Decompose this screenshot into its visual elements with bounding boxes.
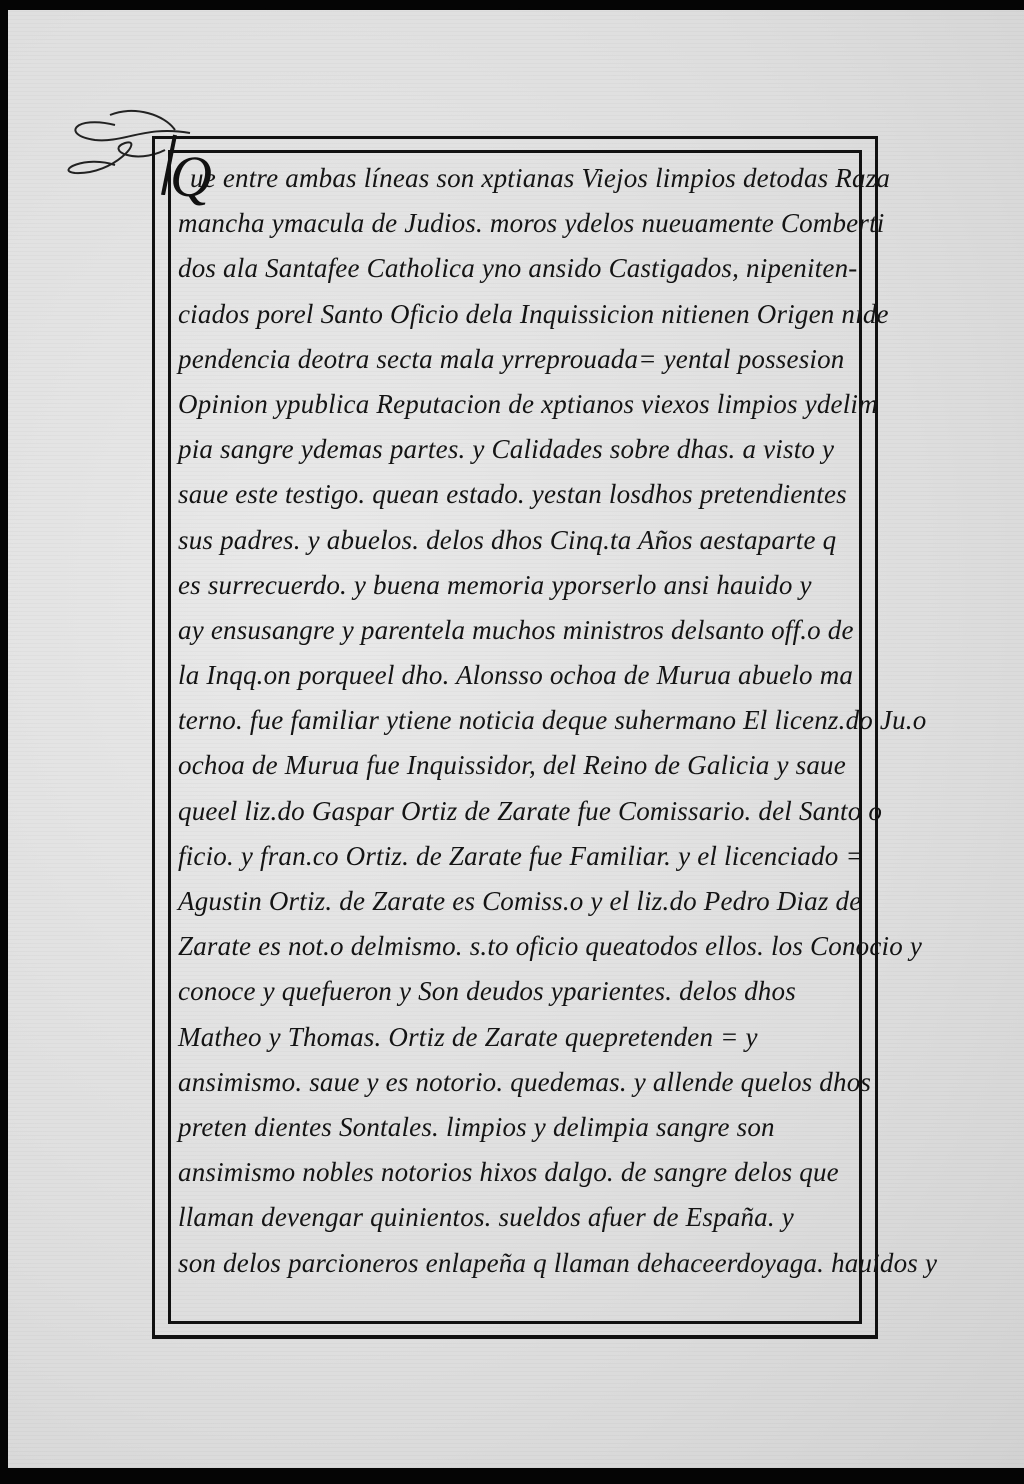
text-line: ansimismo nobles notorios hixos dalgo. d… — [178, 1150, 858, 1195]
text-line: ay ensusangre y parentela muchos ministr… — [178, 608, 858, 653]
text-line: ciados porel Santo Oficio dela Inquissic… — [178, 292, 858, 337]
text-line: queel liz.do Gaspar Ortiz de Zarate fue … — [178, 789, 858, 834]
text-line: terno. fue familiar ytiene noticia deque… — [178, 698, 858, 743]
scanned-page: Q ue entre ambas líneas son xptianas Vie… — [0, 0, 1024, 1484]
manuscript-text: ue entre ambas líneas son xptianas Viejo… — [178, 156, 858, 1286]
text-line: Matheo y Thomas. Ortiz de Zarate quepret… — [178, 1015, 858, 1060]
text-line: la Inqq.on porqueel dho. Alonsso ochoa d… — [178, 653, 858, 698]
text-line: ficio. y fran.co Ortiz. de Zarate fue Fa… — [178, 834, 858, 879]
text-line: conoce y quefueron y Son deudos yparient… — [178, 969, 858, 1014]
text-line: pia sangre ydemas partes. y Calidades so… — [178, 427, 858, 472]
text-line: Agustin Ortiz. de Zarate es Comiss.o y e… — [178, 879, 858, 924]
text-line: ansimismo. saue y es notorio. quedemas. … — [178, 1060, 858, 1105]
text-line: son delos parcioneros enlapeña q llaman … — [178, 1241, 858, 1286]
text-line: saue este testigo. quean estado. yestan … — [178, 472, 858, 517]
text-line: sus padres. y abuelos. delos dhos Cinq.t… — [178, 518, 858, 563]
text-line: dos ala Santafee Catholica yno ansido Ca… — [178, 246, 858, 291]
text-line: ue entre ambas líneas son xptianas Viejo… — [178, 156, 858, 201]
text-line: llaman devengar quinientos. sueldos afue… — [178, 1195, 858, 1240]
text-line: Zarate es not.o delmismo. s.to oficio qu… — [178, 924, 858, 969]
text-line: ochoa de Murua fue Inquissidor, del Rein… — [178, 743, 858, 788]
text-line: pendencia deotra secta mala yrreprouada=… — [178, 337, 858, 382]
text-line: Opinion ypublica Reputacion de xptianos … — [178, 382, 858, 427]
text-line: mancha ymacula de Judios. moros ydelos n… — [178, 201, 858, 246]
text-line: es surrecuerdo. y buena memoria yporserl… — [178, 563, 858, 608]
text-line: preten dientes Sontales. limpios y delim… — [178, 1105, 858, 1150]
